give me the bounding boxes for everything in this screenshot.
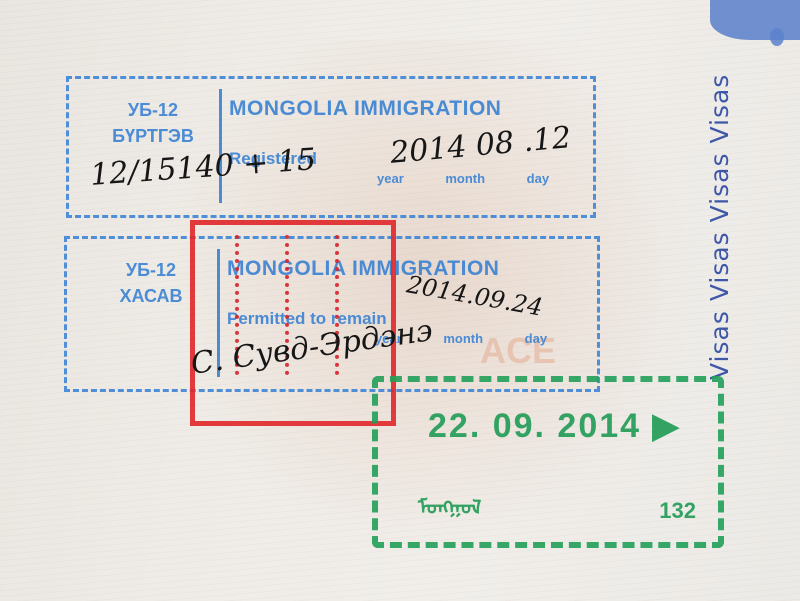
exit-script: ᠮᠣᠩᠭᠣᠯ: [418, 485, 481, 520]
exit-date: 22. 09. 2014 ▶: [428, 406, 681, 446]
exit-number: 132: [659, 498, 696, 524]
exit-stamp: 22. 09. 2014 ▶ ᠮᠣᠩᠭᠣᠯ 132: [372, 376, 724, 548]
stamp-divider: [219, 89, 222, 203]
ink-dot: [770, 28, 784, 46]
visas-margin-text: Visas Visas Visas Visas: [705, 0, 734, 380]
office-code: УБ-12 БҮРТГЭВ: [83, 97, 223, 149]
stamp-title: MONGOLIA IMMIGRATION: [229, 97, 501, 121]
date-labels: year month day: [377, 171, 549, 186]
